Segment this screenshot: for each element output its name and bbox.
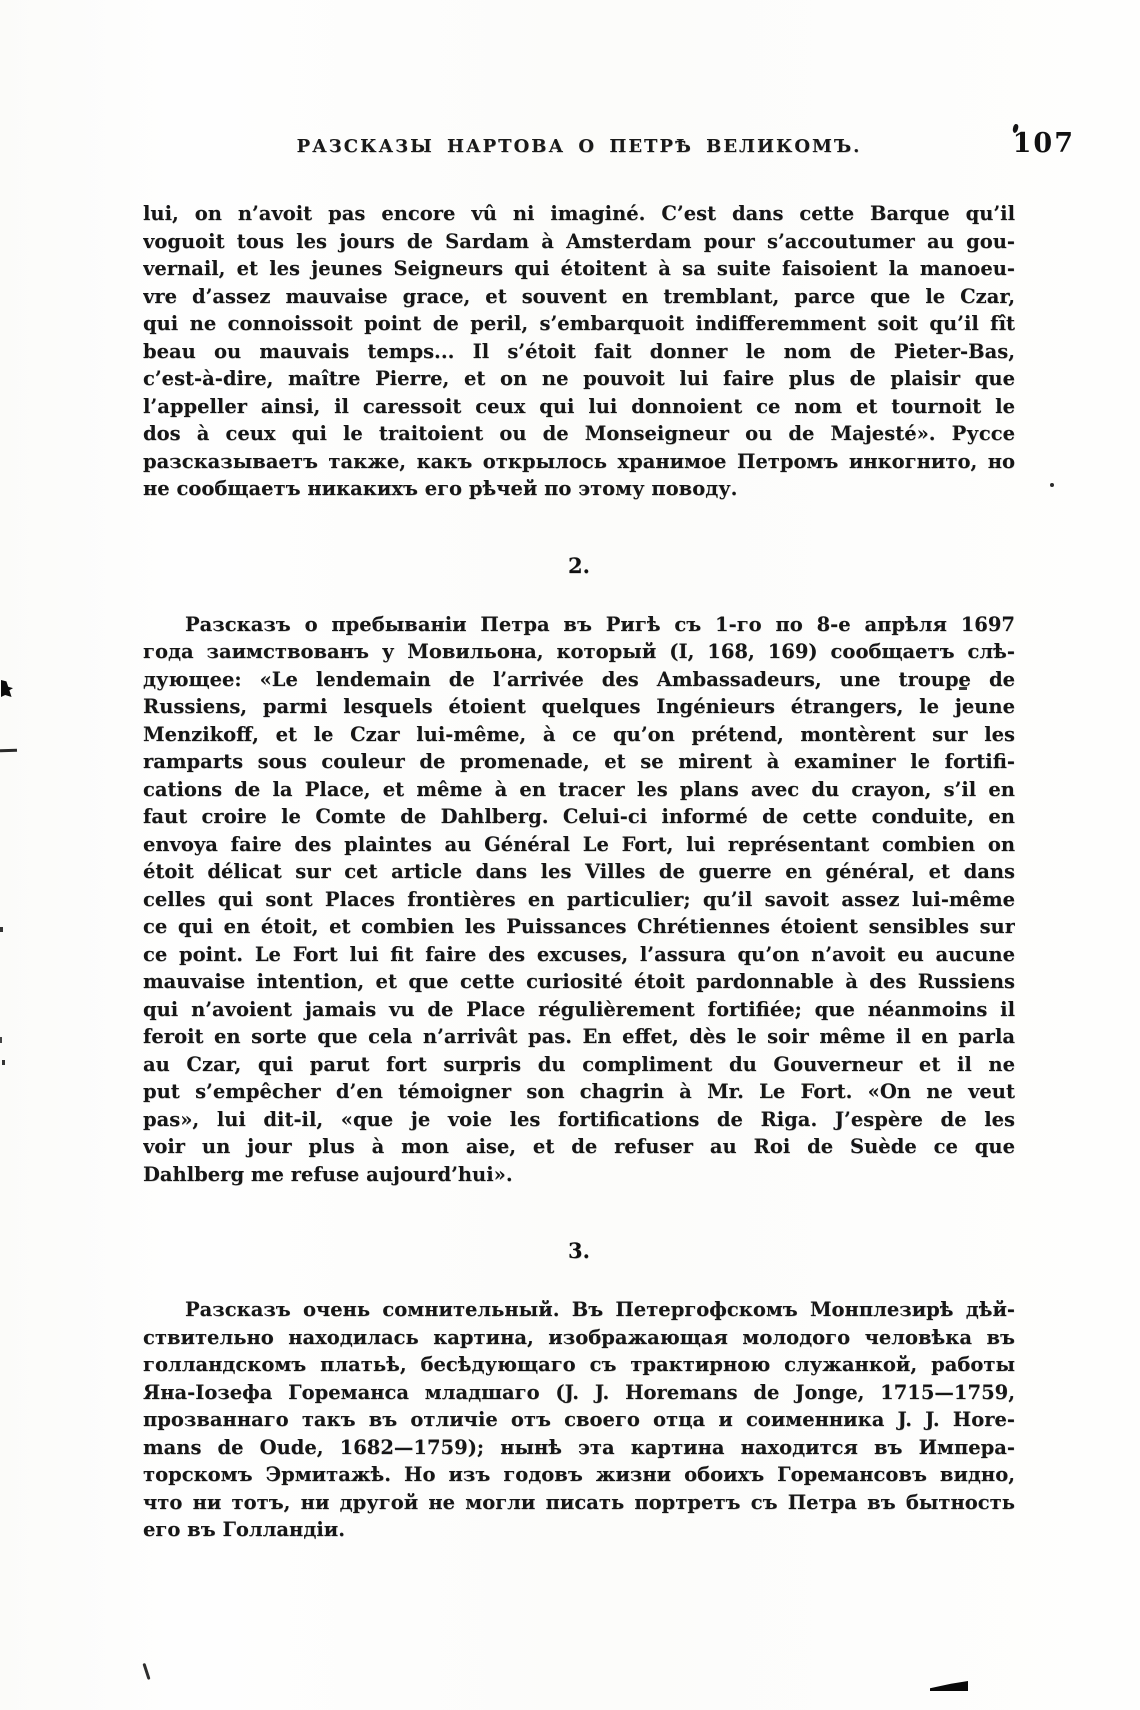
paragraph: Разсказъ о пребываніи Петра въ Ригѣ съ 1…: [143, 611, 1015, 1189]
ink-speck: [959, 687, 967, 690]
book-page-scan: РАЗСКАЗЫ НАРТОВА О ПЕТРѢ ВЕЛИКОМЪ. 107 l…: [0, 0, 1140, 1710]
text-line: Яна-Іозефа Гореманса младшаго (J. J. Hor…: [143, 1379, 1015, 1407]
text-line: Russiens, parmi lesquels étoient quelque…: [143, 693, 1015, 721]
ink-speck: [142, 1663, 150, 1680]
text-line: дующее: «Le lendemain de l’arrivée des A…: [143, 666, 1015, 694]
text-line: разсказываетъ также, какъ открылось хран…: [143, 448, 1015, 476]
text-line: голландскомъ платьѣ, бесѣдующаго съ трак…: [143, 1351, 1015, 1379]
text-line: c’est-à-dire, maître Pierre, et on ne po…: [143, 365, 1015, 393]
text-line: его въ Голландіи.: [143, 1516, 1015, 1544]
text-line: что ни тотъ, ни другой не могли писать п…: [143, 1489, 1015, 1517]
ink-speck: [0, 1037, 2, 1043]
text-line: ce qui en étoit, et combien les Puissanc…: [143, 913, 1015, 941]
text-line: au Czar, qui parut fort surpris du compl…: [143, 1051, 1015, 1079]
text-line: qui n’avoient jamais vu de Place réguliè…: [143, 996, 1015, 1024]
text-line: qui ne connoissoit point de peril, s’emb…: [143, 310, 1015, 338]
text-line: mans de Oude, 1682—1759); нынѣ эта карти…: [143, 1434, 1015, 1462]
text-line: cations de la Place, et même à en tracer…: [143, 776, 1015, 804]
ink-speck: [1050, 483, 1054, 487]
ink-speck: [0, 749, 17, 753]
text-line: ce point. Le Fort lui fit faire des excu…: [143, 941, 1015, 969]
text-line: envoya faire des plaintes au Général Le …: [143, 831, 1015, 859]
text-line: Разсказъ очень сомнительный. Въ Петергоф…: [143, 1296, 1015, 1324]
text-line: étoit délicat sur cet article dans les V…: [143, 858, 1015, 886]
text-line: faut croire le Comte de Dahlberg. Celui-…: [143, 803, 1015, 831]
section-heading: 3.: [143, 1236, 1015, 1266]
text-line: l’appeller ainsi, il caressoit ceux qui …: [143, 393, 1015, 421]
text-line: года заимствованъ у Мовильона, который (…: [143, 638, 1015, 666]
text-line: dos à ceux qui le traitoient ou de Monse…: [143, 420, 1015, 448]
text-line: vernail, et les jeunes Seigneurs qui éto…: [143, 255, 1015, 283]
text-line: mauvaise intention, et que cette curiosi…: [143, 968, 1015, 996]
text-line: прозваннаго такъ въ отличіе отъ своего о…: [143, 1406, 1015, 1434]
text-line: Dahlberg me refuse aujourd’hui».: [143, 1161, 1015, 1189]
page-number: 107: [1013, 128, 1075, 159]
ink-blot: [1, 680, 13, 697]
text-line: ramparts sous couleur de promenade, et s…: [143, 748, 1015, 776]
text-line: не сообщаетъ никакихъ его рѣчей по этому…: [143, 475, 1015, 503]
text-line: celles qui sont Places frontières en par…: [143, 886, 1015, 914]
text-line: торскомъ Эрмитажѣ. Но изъ годовъ жизни о…: [143, 1461, 1015, 1489]
section-heading: 2.: [143, 551, 1015, 581]
paragraph: lui, on n’avoit pas encore vû ni imaginé…: [143, 200, 1015, 503]
text-line: voguoit tous les jours de Sardam à Amste…: [143, 228, 1015, 256]
text-line: pas», lui dit-il, «que je voie les forti…: [143, 1106, 1015, 1134]
text-line: put s’empêcher d’en témoigner son chagri…: [143, 1078, 1015, 1106]
ink-smudge: [930, 1681, 968, 1691]
text-line: vre d’assez mauvaise grace, et souvent e…: [143, 283, 1015, 311]
ink-speck: [2, 1060, 5, 1065]
text-line: beau ou mauvais temps... Il s’étoit fait…: [143, 338, 1015, 366]
paragraph: Разсказъ очень сомнительный. Въ Петергоф…: [143, 1296, 1015, 1544]
text-line: Разсказъ о пребываніи Петра въ Ригѣ съ 1…: [143, 611, 1015, 639]
text-line: Menzikoff, et le Czar lui-même, à ce qu’…: [143, 721, 1015, 749]
text-line: feroit en sorte que cela n’arrivât pas. …: [143, 1023, 1015, 1051]
page-body: lui, on n’avoit pas encore vû ni imaginé…: [143, 200, 1015, 1544]
running-title: РАЗСКАЗЫ НАРТОВА О ПЕТРѢ ВЕЛИКОМЪ.: [143, 136, 1015, 157]
text-line: voir un jour plus à mon aise, et de refu…: [143, 1133, 1015, 1161]
ink-speck: [0, 927, 3, 932]
text-line: lui, on n’avoit pas encore vû ni imaginé…: [143, 200, 1015, 228]
text-line: ствительно находилась картина, изображаю…: [143, 1324, 1015, 1352]
page-header: РАЗСКАЗЫ НАРТОВА О ПЕТРѢ ВЕЛИКОМЪ. 107: [143, 136, 1015, 157]
